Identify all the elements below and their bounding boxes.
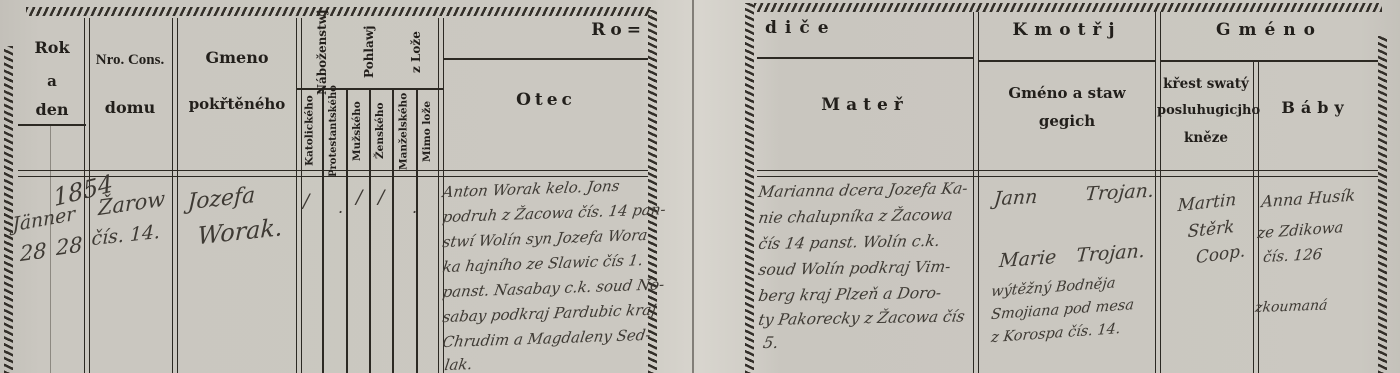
entry-midwife-line: čís. 126 xyxy=(1262,245,1323,266)
header-mother: Mateř xyxy=(757,95,973,115)
tick-mark-dot2: . xyxy=(412,198,417,217)
entry-priest-line: Coop. xyxy=(1196,241,1245,268)
header-sex-female: Ženského xyxy=(369,92,391,170)
header-godparents: Kmotřj xyxy=(979,20,1155,40)
register-scan: Rok a den Nro. Cons. domu Gmeno pokřtěné… xyxy=(0,0,1400,373)
header-year-a: a xyxy=(18,72,86,90)
entry-midwife-line: Anna Husík xyxy=(1261,185,1356,211)
header-bottom-rule xyxy=(757,170,1378,177)
header-godparents-sub2: gegich xyxy=(979,112,1155,130)
entry-godparent-note: z Korospa čís. 14. xyxy=(990,321,1121,346)
entry-father-line: sabay podkraj Pardubic kraj xyxy=(441,301,657,327)
header-priest-line1: křest swatý xyxy=(1157,76,1255,92)
entry-father-line: podruh z Žacowa čís. 14 pan- xyxy=(441,200,666,226)
header-religion-group: Náboženstwj xyxy=(309,16,335,88)
tick-mark-legitimate: / xyxy=(378,186,384,208)
column-divider xyxy=(172,18,178,373)
header-sex-male: Mužského xyxy=(346,92,368,170)
header-religion-protestant: Protestantského xyxy=(322,92,345,170)
entry-month: Jänner xyxy=(12,203,76,236)
right-page-right-border xyxy=(1378,36,1387,373)
page-gutter-crease xyxy=(692,0,694,373)
entry-priest-line: Stěrk xyxy=(1187,217,1234,242)
header-father: Otec xyxy=(444,90,648,110)
column-divider xyxy=(973,12,979,373)
entry-midwife-line: zkoumaná xyxy=(1254,297,1328,316)
entry-mother-line: 5. xyxy=(762,333,781,352)
father-header-topline xyxy=(444,58,648,60)
header-priest-line3: kněze xyxy=(1157,130,1255,146)
entry-father-line: Anton Worak kelo. Jons xyxy=(441,177,620,201)
entry-mother-line: berg kraj Plzeň a Doro- xyxy=(757,284,943,305)
header-bed-group: z Lože xyxy=(403,16,429,88)
header-house-domu: domu xyxy=(90,98,170,117)
entry-godparent-note: Smojiana pod mesa xyxy=(990,297,1134,323)
entry-godparent-note: wýtěžný Bodněja xyxy=(990,275,1116,300)
header-parents-word-right: diče xyxy=(765,18,837,38)
header-sex-group: Pohlawj xyxy=(356,16,382,88)
parents-header-underline xyxy=(757,57,973,59)
entry-father-line: stwí Wolín syn Jozefa Wora- xyxy=(441,226,653,251)
entry-child-surname: Worak. xyxy=(197,213,283,250)
header-parents-word-left: Ro= xyxy=(560,20,646,40)
entry-father-line: lak. xyxy=(443,355,473,373)
entry-day-born: 28 xyxy=(20,238,46,266)
entry-mother-line: čís 14 panst. Wolín c.k. xyxy=(757,232,941,253)
entry-mother-line: Marianna dcera Jozefa Ka- xyxy=(757,179,969,201)
name-header-underline xyxy=(1161,60,1378,62)
left-page-top-border xyxy=(26,7,652,16)
header-religion-catholic: Katolického xyxy=(298,92,321,170)
godparents-header-underline xyxy=(979,60,1155,62)
header-name-group: Gméno xyxy=(1161,20,1378,40)
tick-mark-dot1: . xyxy=(338,198,343,217)
header-year-rok: Rok xyxy=(18,38,86,57)
header-midwife: Báby xyxy=(1253,98,1378,117)
left-binding-border xyxy=(4,46,13,373)
header-name-gmeno: Gmeno xyxy=(180,48,294,67)
header-priest-line2: posluhugicjho xyxy=(1157,103,1255,118)
year-header-underline xyxy=(18,124,86,126)
entry-father-line: ka hajního ze Slawic čís 1. xyxy=(441,251,644,276)
entry-midwife-line: ze Zdikowa xyxy=(1257,218,1344,242)
entry-father-line: Chrudim a Magdaleny Sed- xyxy=(441,326,651,351)
entry-godparent-1: Jann Trojan. xyxy=(993,180,1155,211)
tick-mark-catholic: / xyxy=(303,190,309,212)
entry-mother-line: nie chalupníka z Žacowa xyxy=(757,206,954,227)
column-divider xyxy=(296,18,302,373)
tick-mark-sex: / xyxy=(356,186,362,208)
entry-child-firstname: Jozefa xyxy=(187,183,255,215)
column-divider xyxy=(1155,12,1161,373)
entry-mother-line: soud Wolín podkraj Vim- xyxy=(757,258,952,279)
entry-father-line: panst. Nasabay c.k. soud No- xyxy=(441,275,665,301)
entry-mother-line: ty Pakorecky z Žacowa čís xyxy=(757,307,966,329)
entry-priest-line: Martin xyxy=(1177,190,1236,216)
header-bed-legitimate: Manželského xyxy=(392,92,415,170)
year-column-subdivider xyxy=(50,125,51,373)
entry-house-number: čís. 14. xyxy=(91,221,160,250)
header-house-number: Nro. Cons. xyxy=(90,52,170,69)
header-name-baptized: pokřtěného xyxy=(180,95,294,113)
entry-godparent-2: Marie Trojan. xyxy=(998,240,1145,272)
header-bed-illegitimate: Mimo lože xyxy=(416,92,438,170)
right-page-top-border xyxy=(754,3,1382,12)
right-page-left-border xyxy=(745,3,754,373)
header-godparents-sub1: Gméno a staw xyxy=(979,84,1155,102)
header-year-den: den xyxy=(18,100,86,119)
entry-day-baptized: 28 xyxy=(56,232,82,260)
